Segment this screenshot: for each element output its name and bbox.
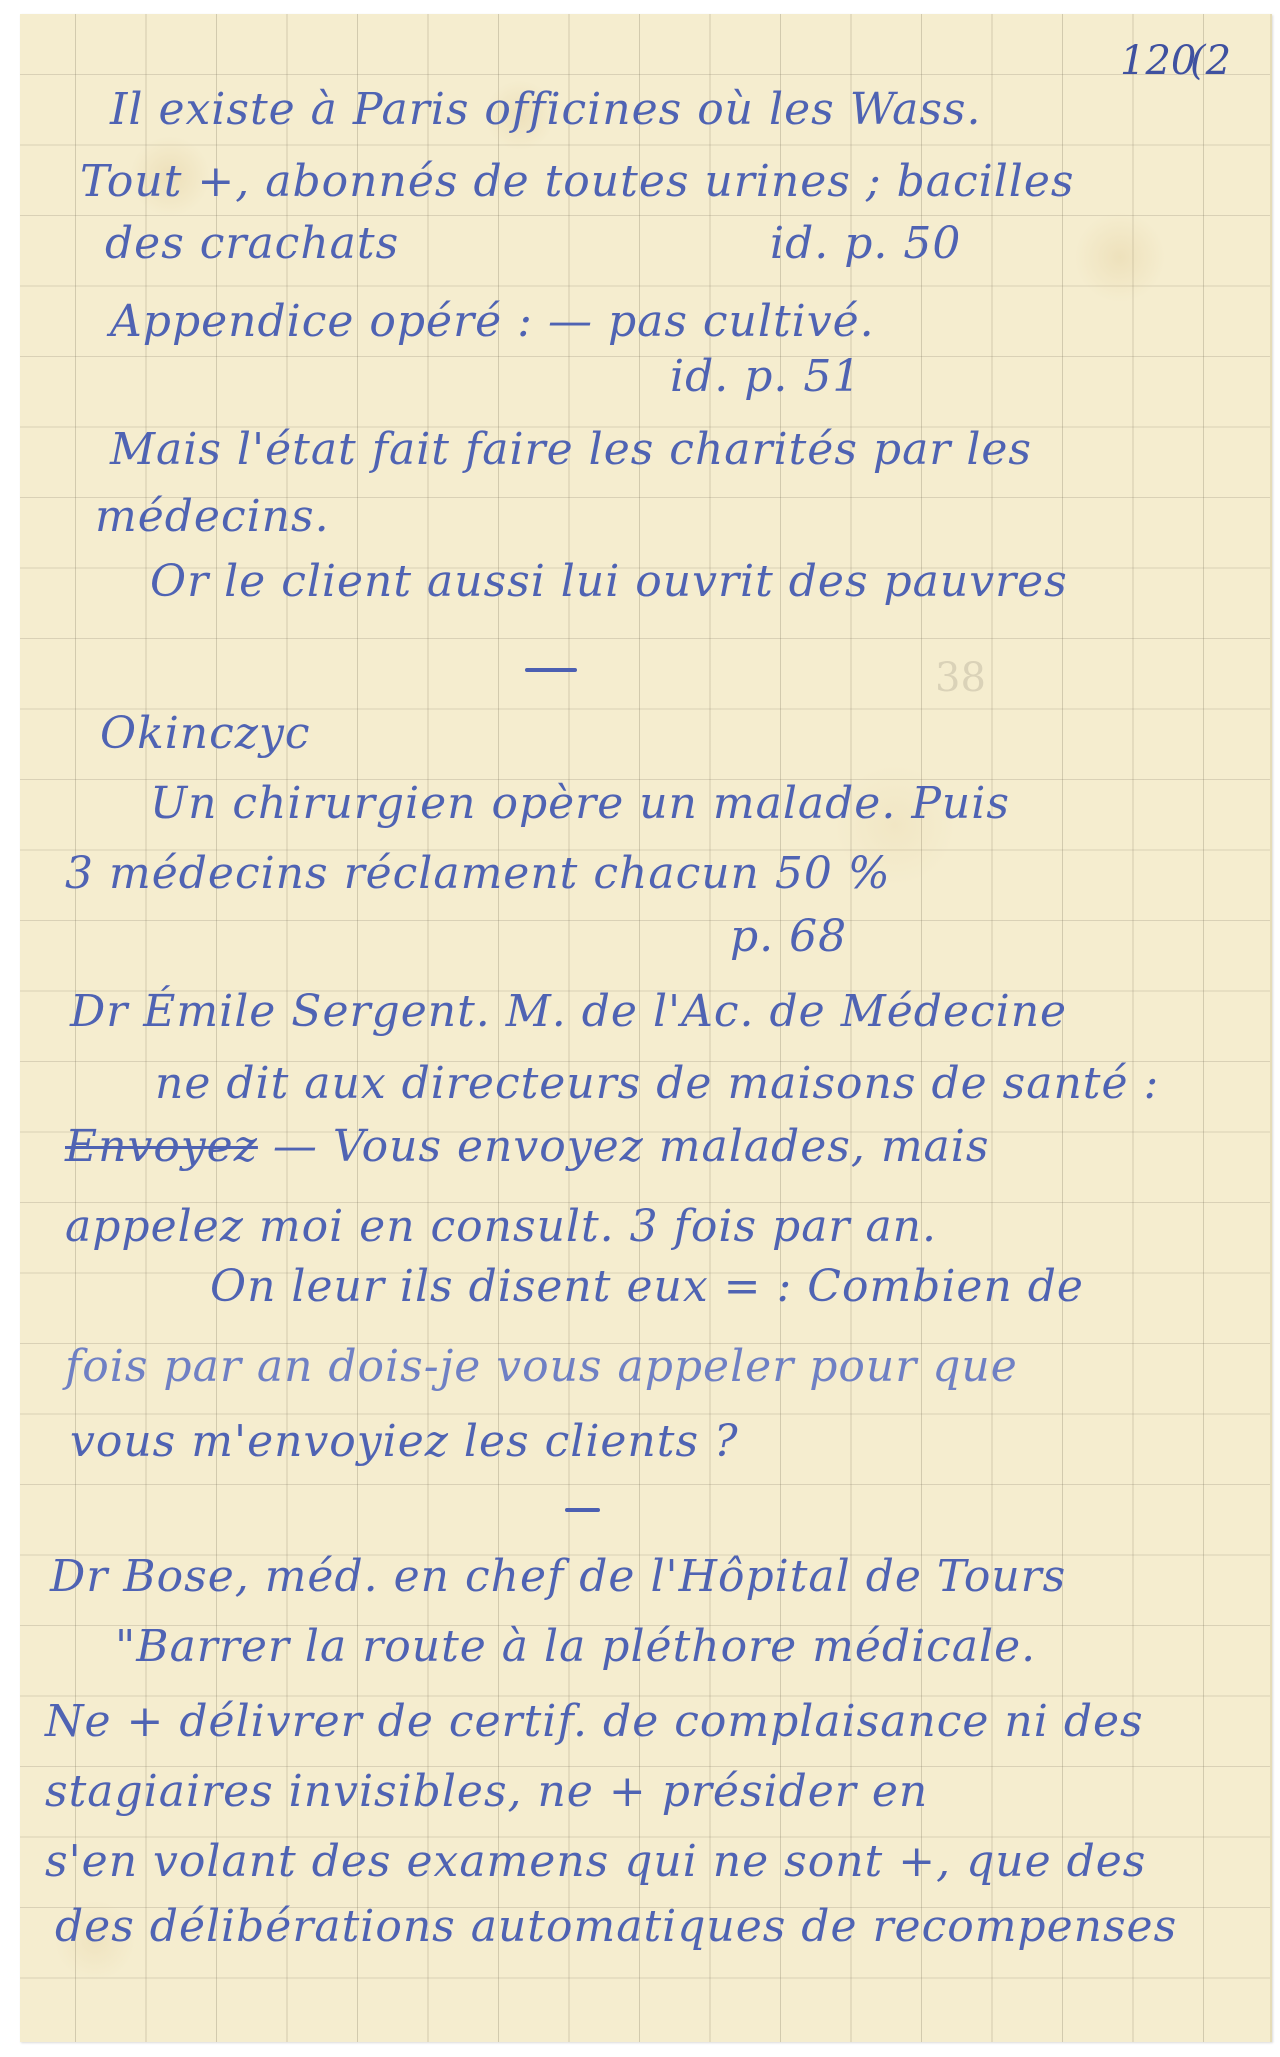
page-reference: id. p. 50 [770,222,961,266]
text-line: stagiaires invisibles, ne + présider en [45,1770,928,1814]
text-line: On leur ils disent eux = : Combien de [210,1265,1084,1309]
text-line: 3 médecins réclament chacun 50 % [65,852,891,896]
text-line: s'en volant des examens qui ne sont +, q… [45,1840,1146,1884]
struck-word: Envoyez [65,1121,258,1172]
text-line: médecins. [95,495,330,539]
page-reference: p. 68 [730,915,847,959]
text-line: "Barrer la route à la pléthore médicale. [115,1625,1036,1669]
text-line: vous m'envoyiez les clients ? [70,1420,739,1464]
section-divider [565,1508,600,1512]
text-line: Ne + délivrer de certif. de complaisance… [45,1700,1144,1744]
text-line: des crachats [105,222,399,266]
text-line: Il existe à Paris officines où les Wass. [110,88,981,132]
section-divider [525,668,577,672]
bleedthrough-mark: 38 [935,655,986,701]
section-heading: Dr Bose, méd. en chef de l'Hôpital de To… [50,1555,1066,1599]
text-line: des délibérations automatiques de recomp… [55,1905,1177,1949]
section-heading: Dr Émile Sergent. M. de l'Ac. de Médecin… [70,990,1067,1034]
text-line: Or le client aussi lui ouvrit des pauvre… [150,560,1068,604]
text-line: Appendice opéré : — pas cultivé. [110,300,875,344]
text-line: ne dit aux directeurs de maisons de sant… [155,1062,1159,1106]
page-mark: (2 [1190,38,1231,84]
text-line: Mais l'état fait faire les charités par … [110,428,1032,472]
page-reference: id. p. 51 [670,355,861,399]
text-fragment: — Vous envoyez malades, mais [273,1121,990,1172]
text-line: Tout +, abonnés de toutes urines ; bacil… [80,160,1075,204]
text-line: fois par an dois-je vous appeler pour qu… [65,1345,1018,1389]
section-heading: Okinczyc [100,712,310,756]
text-line: Envoyez — Vous envoyez malades, mais [65,1125,989,1169]
text-line: appelez moi en consult. 3 fois par an. [65,1205,937,1249]
page-number: 120 [1120,38,1196,84]
text-line: Un chirurgien opère un malade. Puis [150,782,1010,826]
